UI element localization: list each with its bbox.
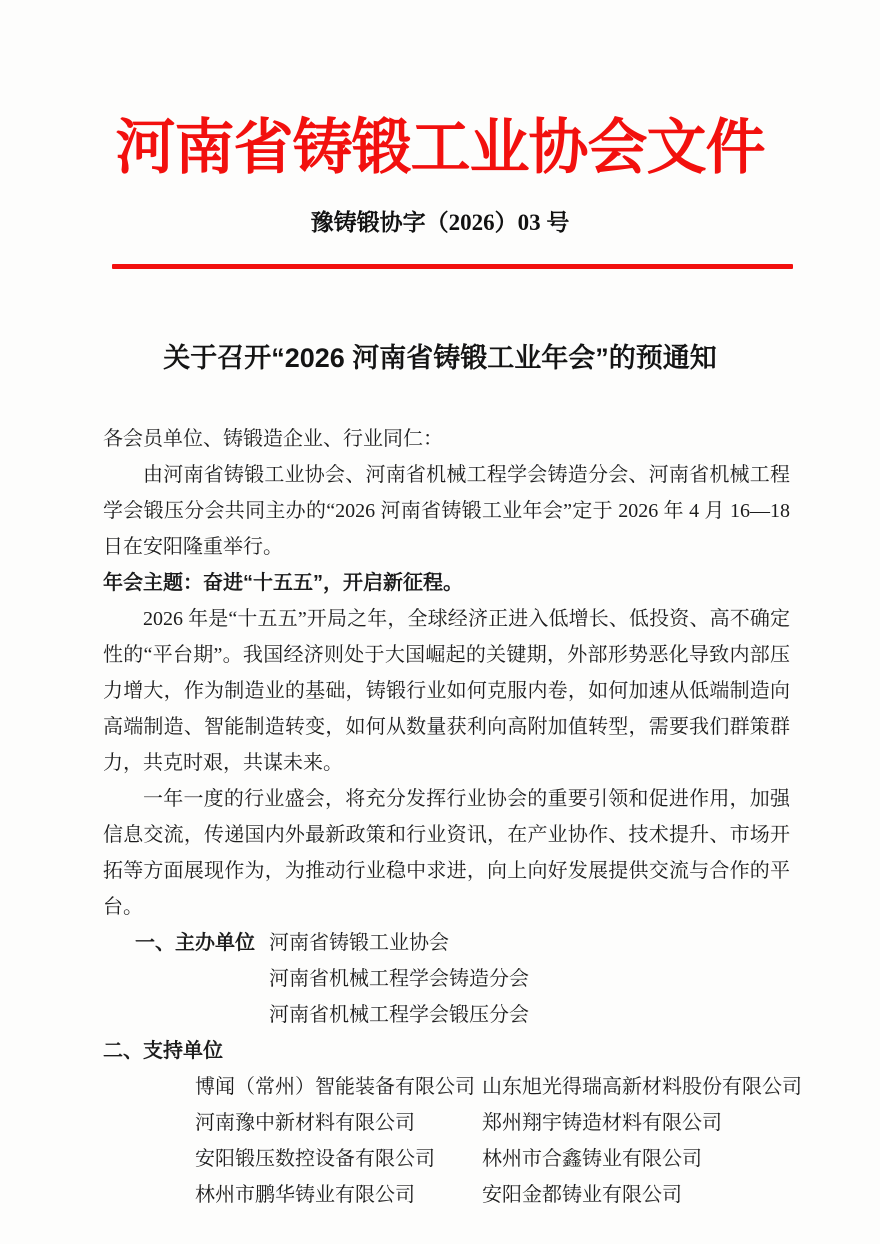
body-paragraph-1: 由河南省铸锻工业协会、河南省机械工程学会铸造分会、河南省机械工程学会锻压分会共同… <box>103 457 790 565</box>
supporter-item: 河南豫中新材料有限公司 <box>195 1105 482 1141</box>
notice-title: 关于召开“2026 河南省铸锻工业年会”的预通知 <box>0 339 880 377</box>
supporter-item: 安阳锻压数控设备有限公司 <box>195 1141 482 1177</box>
organizers-heading: 一、主办单位 <box>135 925 255 1033</box>
organizer-item: 河南省机械工程学会铸造分会 <box>269 961 529 997</box>
supporter-item: 山东旭光得瑞高新材料股份有限公司 <box>482 1069 802 1105</box>
supporter-item: 林州市鹏华铸业有限公司 <box>195 1177 482 1213</box>
supporters-grid: 博闻（常州）智能装备有限公司 山东旭光得瑞高新材料股份有限公司 河南豫中新材料有… <box>195 1069 790 1213</box>
supporter-item: 林州市合鑫铸业有限公司 <box>482 1141 802 1177</box>
document-page: 河南省铸锻工业协会文件 豫铸锻协字（2026）03 号 关于召开“2026 河南… <box>0 0 880 1244</box>
doc-reference-number: 豫铸锻协字（2026）03 号 <box>0 208 880 238</box>
body-paragraph-2: 2026 年是“十五五”开局之年，全球经济正进入低增长、低投资、高不确定性的“平… <box>103 601 790 781</box>
supporter-item: 郑州翔宇铸造材料有限公司 <box>482 1105 802 1141</box>
red-divider-line <box>112 264 793 269</box>
organizer-item: 河南省铸锻工业协会 <box>269 925 529 961</box>
supporter-item: 安阳金都铸业有限公司 <box>482 1177 802 1213</box>
organizer-list: 河南省铸锻工业协会 河南省机械工程学会铸造分会 河南省机械工程学会锻压分会 <box>269 925 529 1033</box>
body-paragraph-3: 一年一度的行业盛会，将充分发挥行业协会的重要引领和促进作用，加强信息交流，传递国… <box>103 781 790 925</box>
notice-body: 各会员单位、铸锻造企业、行业同仁： 由河南省铸锻工业协会、河南省机械工程学会铸造… <box>103 421 790 1213</box>
supporter-item: 博闻（常州）智能装备有限公司 <box>195 1069 482 1105</box>
theme-statement: 年会主题：奋进“十五五”，开启新征程。 <box>103 565 790 601</box>
organizers-section: 一、主办单位 河南省铸锻工业协会 河南省机械工程学会铸造分会 河南省机械工程学会… <box>103 925 790 1033</box>
org-letterhead-title: 河南省铸锻工业协会文件 <box>0 0 880 194</box>
supporters-heading: 二、支持单位 <box>103 1033 790 1069</box>
salutation: 各会员单位、铸锻造企业、行业同仁： <box>103 421 790 457</box>
organizer-item: 河南省机械工程学会锻压分会 <box>269 997 529 1033</box>
